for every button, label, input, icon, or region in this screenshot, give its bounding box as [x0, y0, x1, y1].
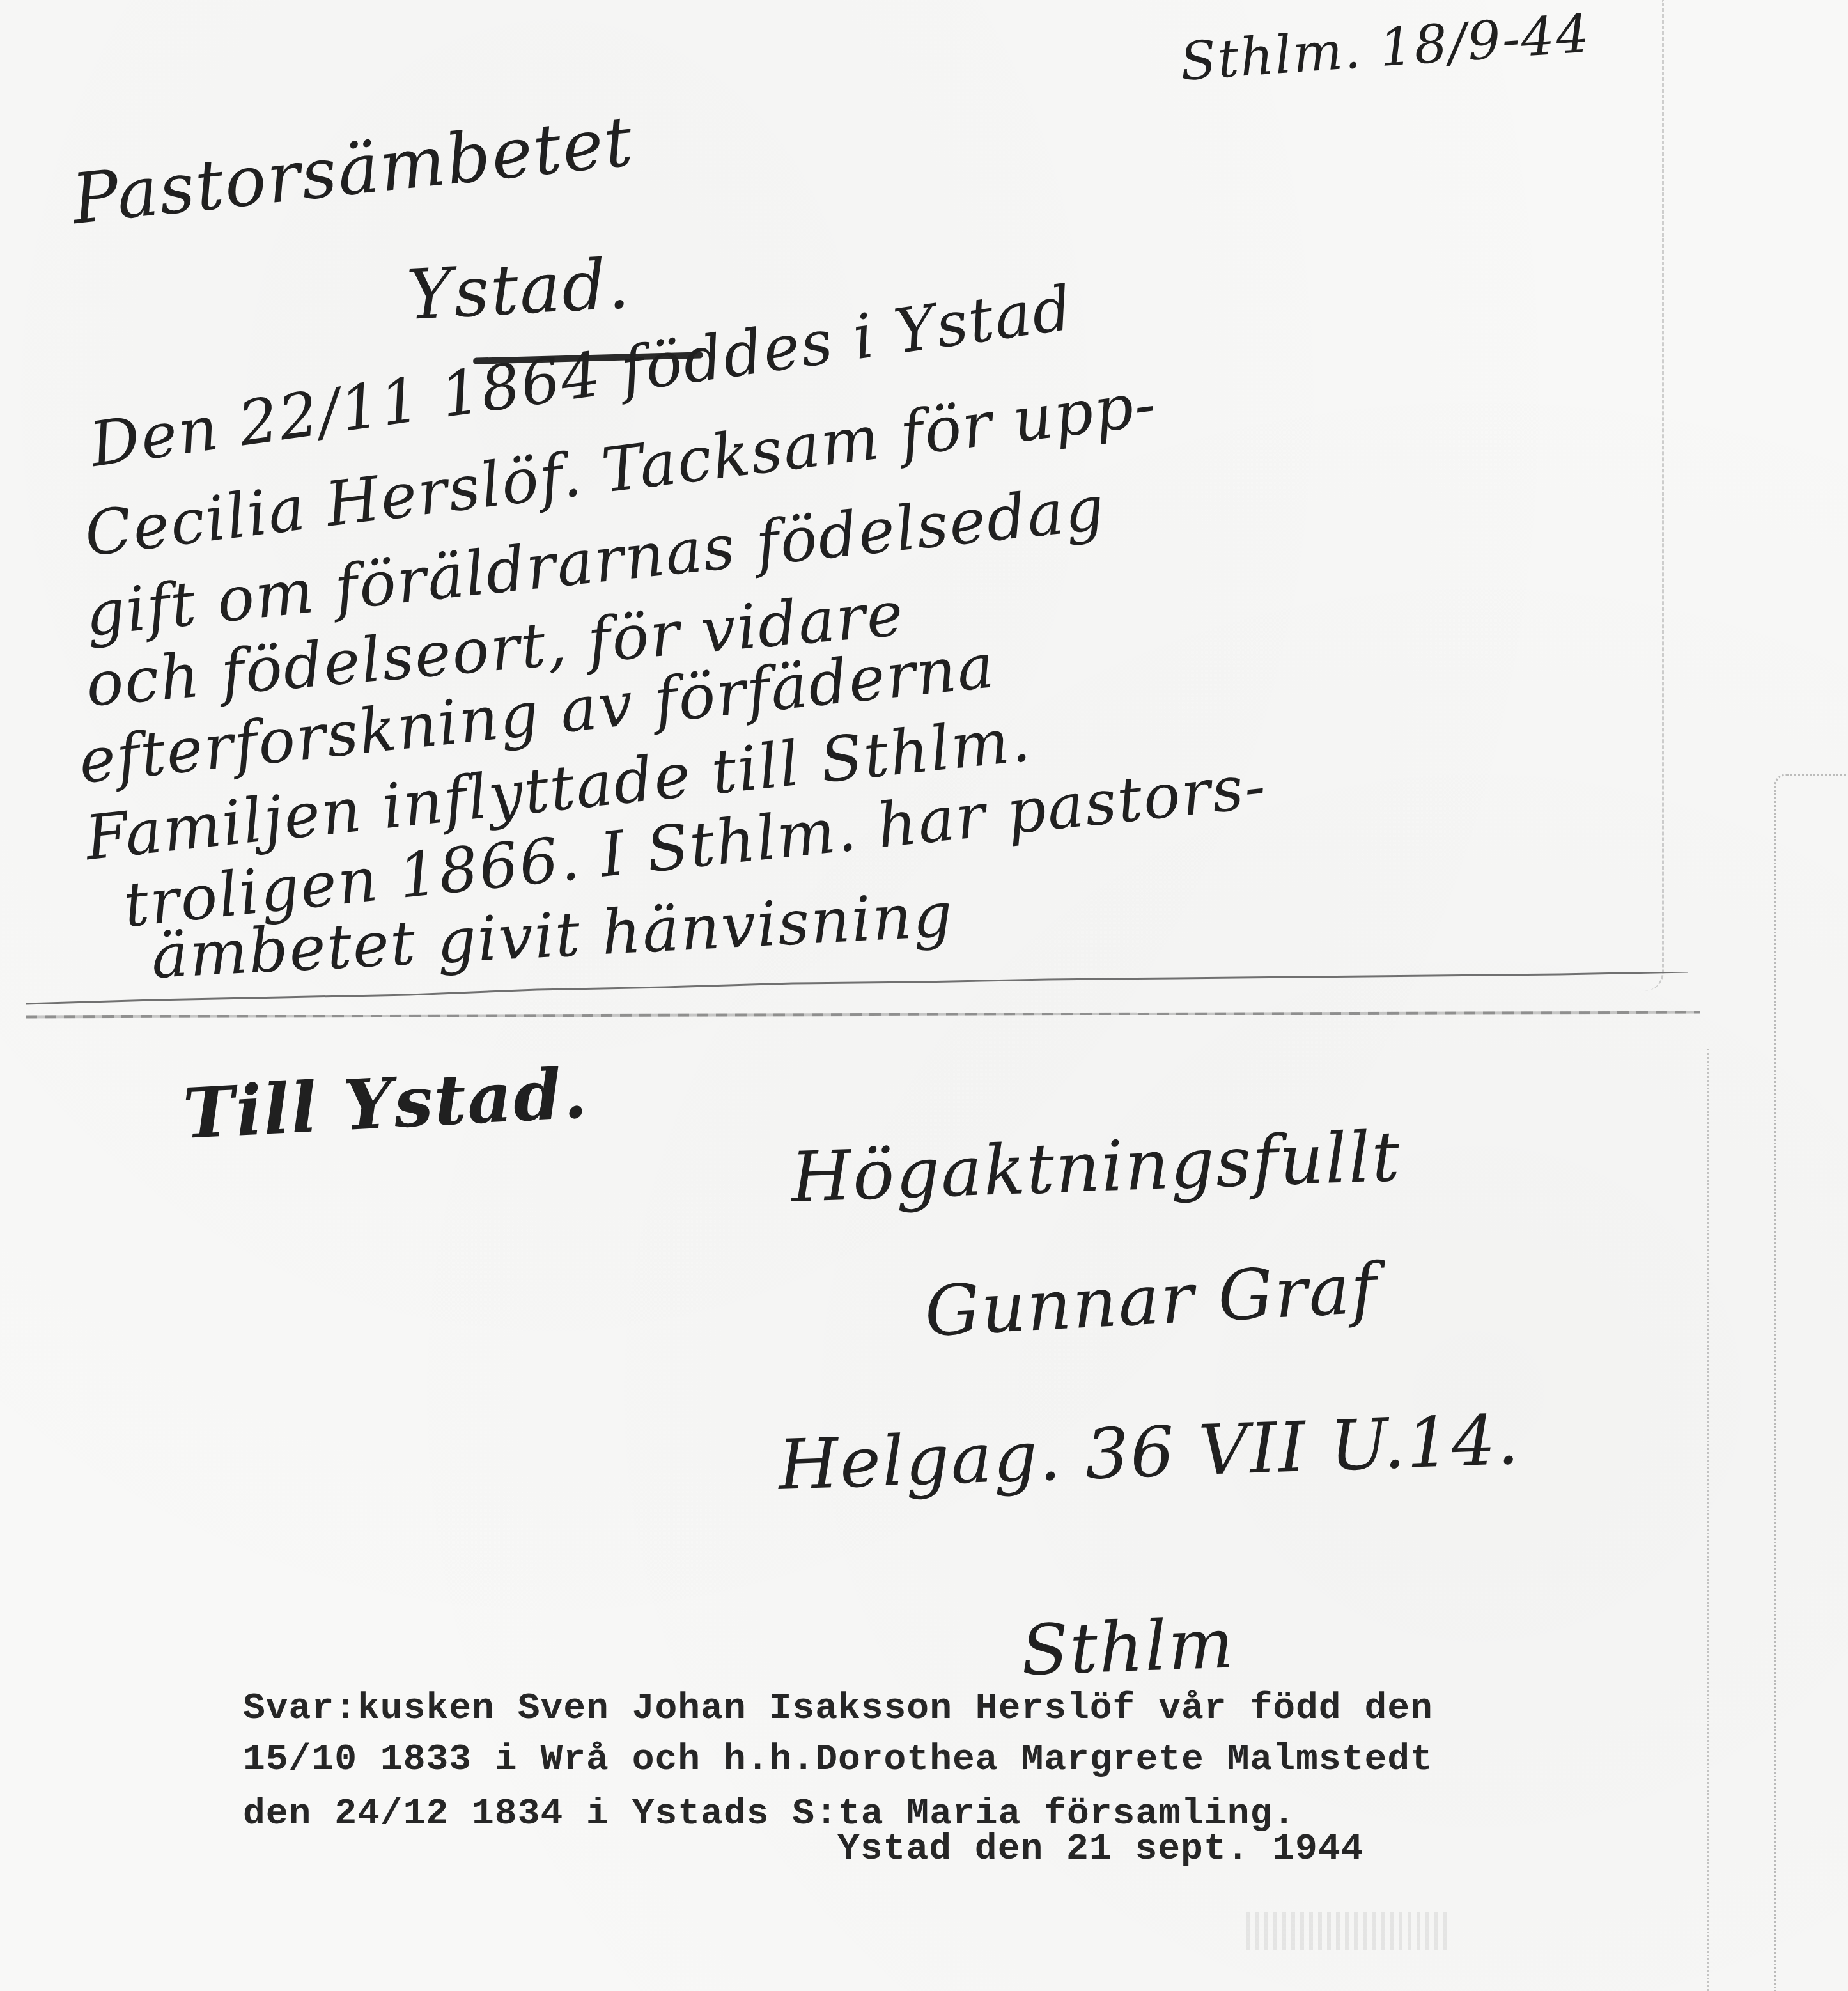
paper-edge [1707, 1049, 1709, 1991]
sender-city: Sthlm [1020, 1604, 1236, 1691]
typed-reply-line: Svar:kusken Sven Johan Isaksson Herslöf … [243, 1688, 1433, 1729]
to-line: Till Ystad. [181, 1053, 590, 1155]
typed-reply-line: 15/10 1833 i Wrå och h.h.Dorothea Margre… [243, 1739, 1433, 1781]
salutation: Högaktningsfullt [790, 1117, 1402, 1218]
sender-address: Helgag. 36 VII U.14. [777, 1400, 1521, 1506]
faded-stamp [1246, 1912, 1451, 1950]
signature: Gunnar Graf [922, 1249, 1379, 1352]
fold-line [26, 1011, 1700, 1019]
addressee-line2: Ystad. [405, 244, 632, 336]
typed-dateline: Ystad den 21 sept. 1944 [837, 1829, 1364, 1870]
document-page: Sthlm. 18/9-44 Pastorsämbetet Ystad. Den… [0, 0, 1848, 1991]
paper-edge [1774, 774, 1848, 1991]
